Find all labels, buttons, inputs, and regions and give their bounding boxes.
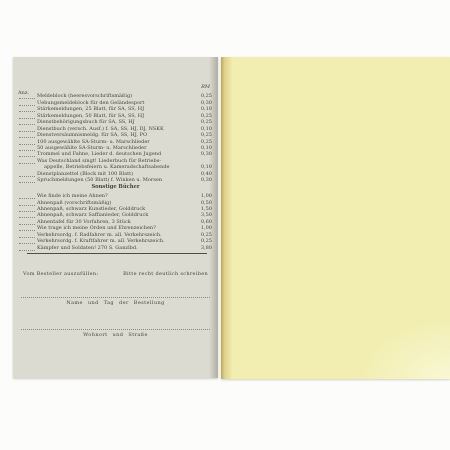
item-label: Meldeblock (heeresvorschriftsmäßig) — [37, 93, 132, 99]
quantity-leader-dots — [19, 219, 35, 225]
item-label: Ahnenpaß (vorschriftsmäßig) — [37, 200, 111, 206]
page-corner-highlight — [360, 319, 450, 379]
quantity-leader-dots — [19, 133, 35, 139]
item-label: Dienstbuch (versch. Ausf.) f. SA, SS, HJ… — [37, 126, 164, 132]
scanned-booklet: Anz. RM Meldeblock (heeresvorschriftsmäß… — [0, 0, 450, 450]
quantity-leader-dots — [19, 94, 35, 100]
item-label: Ahnenpaß, schwarz Saffianleder, Golddruc… — [37, 212, 148, 218]
item-label: Kämpfer und Soldaten! 270 S. Ganzlbd. — [37, 245, 138, 251]
item-label: Wie trage ich meine Orden und Ehrenzeich… — [37, 225, 156, 231]
quantity-leader-dots — [19, 232, 35, 238]
item-label: Dienstplanzettel (Block mit 100 Blatt) — [37, 171, 133, 177]
page-left-edge — [221, 57, 233, 379]
page-fold-shadow — [209, 57, 218, 378]
price-list-bottom: Wie finde ich meine Ahnen? 1,00 Ahnenpaß… — [19, 193, 212, 251]
order-form-page: Anz. RM Meldeblock (heeresvorschriftsmäß… — [13, 57, 218, 378]
quantity-leader-dots — [19, 145, 35, 151]
item-label: Was Deutschland singt! Liederbuch für Be… — [37, 158, 161, 164]
address-entry-line — [21, 329, 210, 330]
item-label: Stärkemeldungen, 50 Blatt, für SA, SS, H… — [37, 113, 144, 119]
item-label: Spruchmeldungen (50 Blatt) f. Winken u. … — [37, 177, 162, 183]
name-entry-line — [21, 297, 210, 298]
quantity-leader-dots — [19, 245, 35, 251]
form-instructions-row: Vom Besteller auszufüllen: Bitte recht d… — [23, 271, 208, 277]
quantity-leader-dots — [19, 113, 35, 119]
price-list-top: Meldeblock (heeresvorschriftsmäßig) 0,25… — [19, 93, 212, 183]
quantity-leader-dots — [19, 239, 35, 245]
quantity-leader-dots — [19, 194, 35, 200]
quantity-leader-dots — [19, 200, 35, 206]
item-label: appelle, Betriebsfeiern u. Kameradschaft… — [37, 164, 170, 170]
item-label: 100 ausgewählte SA-Sturm- u. Marschliede… — [37, 139, 150, 145]
quantity-leader-dots — [19, 120, 35, 126]
fill-in-label: Vom Besteller auszufüllen: — [23, 271, 98, 277]
price-list-row: Spruchmeldungen (50 Blatt) f. Winken u. … — [19, 177, 212, 183]
item-label: Verkehrsordg. f. Radfahrer m. all. Verke… — [37, 232, 162, 238]
quantity-leader-dots — [19, 107, 35, 113]
price-list: Meldeblock (heeresvorschriftsmäßig) 0,25… — [19, 93, 212, 254]
quantity-leader-dots — [19, 100, 35, 106]
name-line-label: Name und Tag der Bestellung — [13, 300, 218, 306]
quantity-leader-dots — [19, 166, 35, 171]
item-label: Dienstbehörigungsbuch für SA, SS, HJ — [37, 119, 135, 125]
item-label: 50 ausgewählte SA-Sturm- u. Marschlieder — [37, 145, 147, 151]
item-label: Dienstversäumnismeldg. für SA, SS, HJ, P… — [37, 132, 147, 138]
quantity-leader-dots — [19, 206, 35, 212]
quantity-leader-dots — [19, 226, 35, 232]
item-label: Wie finde ich meine Ahnen? — [37, 193, 108, 199]
write-clearly-label: Bitte recht deutlich schreiben — [123, 271, 208, 277]
quantity-leader-dots — [19, 178, 35, 184]
item-label: Ahnentafel für 30 Vorfahren, 3 Stück — [37, 219, 131, 225]
quantity-leader-dots — [19, 158, 35, 164]
price-list-row: Kämpfer und Soldaten! 270 S. Ganzlbd. 3,… — [19, 244, 212, 250]
item-label: Uebungsmeldeblock für den Geländesport — [37, 100, 144, 106]
quantity-leader-dots — [19, 126, 35, 132]
item-label: Verkehrsordg. f. Kraftfahrer m. all. Ver… — [37, 238, 165, 244]
quantity-leader-dots — [19, 213, 35, 219]
blank-yellow-page — [221, 57, 450, 379]
section-header: Sonstige Bücher — [19, 184, 212, 192]
item-label: Trommel und Fahne, Lieder d. deutschen J… — [37, 151, 161, 157]
item-label: Stärkemeldungen, 25 Blatt, für SA, SS, H… — [37, 106, 144, 112]
quantity-leader-dots — [19, 139, 35, 145]
divider-rule — [27, 253, 207, 254]
quantity-leader-dots — [19, 152, 35, 158]
item-label: Ahnenpaß, schwarz Kunstleder, Golddruck — [37, 206, 145, 212]
quantity-leader-dots — [19, 171, 35, 177]
address-line-label: Wohnort und Straße — [13, 332, 218, 338]
